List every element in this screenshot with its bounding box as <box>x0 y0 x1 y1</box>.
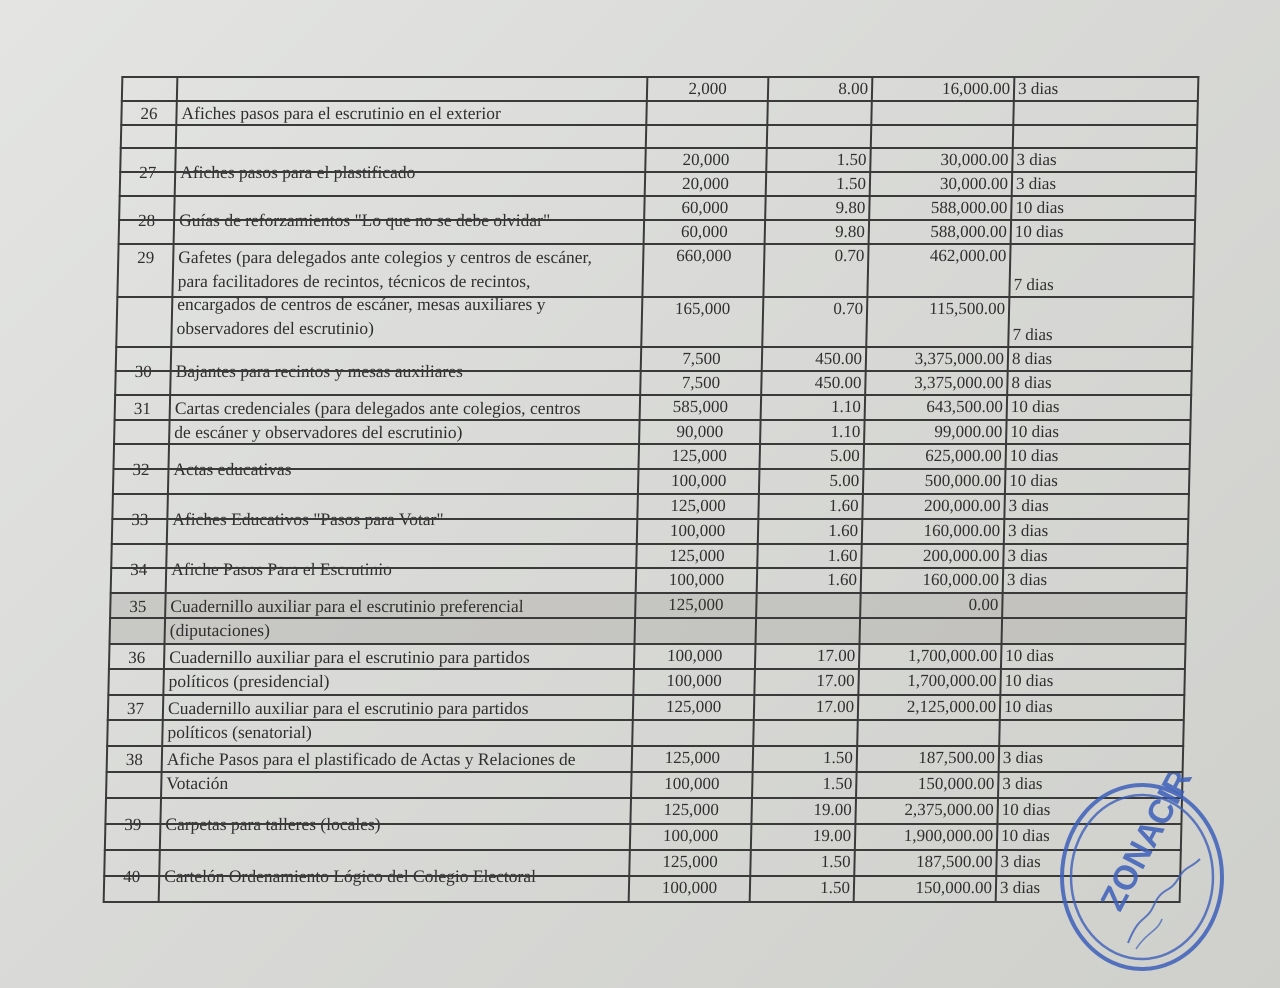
table-row: 7,500450.003,375,000.008 dias <box>114 370 1193 394</box>
total-cell: 2,125,000.00 <box>857 696 1000 719</box>
quantity-cell: 2,000 <box>646 78 767 100</box>
table-bottom-border <box>103 901 1181 903</box>
delivery-days-cell: 10 dias <box>1010 221 1196 243</box>
total-cell: 0.00 <box>859 594 1002 617</box>
table-row: 100,0001.50150,000.003 dias <box>105 771 1184 797</box>
total-cell: 115,500.00 <box>865 298 1008 346</box>
table-row: 125,0001.60200,000.003 dias <box>111 493 1190 518</box>
total-cell <box>859 619 1002 643</box>
delivery-days-cell: 3 dias <box>1011 173 1197 195</box>
total-cell: 588,000.00 <box>868 197 1010 219</box>
unit-price-cell: 1.50 <box>749 877 854 901</box>
quantity-cell: 100,000 <box>633 645 755 668</box>
quantity-cell: 100,000 <box>636 520 758 543</box>
table-row <box>120 124 1199 147</box>
delivery-days-cell: 10 dias <box>1005 421 1191 443</box>
table-row: 20,0001.5030,000.003 dias <box>119 171 1198 195</box>
table-row: 100,0001.60160,000.003 dias <box>111 518 1190 543</box>
delivery-days-cell: 10 dias <box>996 799 1183 823</box>
delivery-days-cell: 3 dias <box>995 877 1182 901</box>
total-cell: 150,000.00 <box>853 877 996 901</box>
quantity-cell: 60,000 <box>643 197 764 219</box>
table-row: 100,0005.00500,000.0010 dias <box>112 468 1191 493</box>
unit-price-cell: 17.00 <box>753 696 858 719</box>
total-cell: 187,500.00 <box>856 747 999 771</box>
unit-price-cell: 450.00 <box>761 348 865 370</box>
delivery-days-cell: 3 dias <box>998 747 1185 771</box>
total-cell: 462,000.00 <box>866 245 1009 296</box>
total-cell: 187,500.00 <box>853 851 996 875</box>
unit-price-cell <box>755 594 860 617</box>
table-row: 90,0001.1099,000.0010 dias <box>113 419 1192 443</box>
unit-price-cell: 17.00 <box>754 645 859 668</box>
unit-price-cell: 0.70 <box>761 298 866 346</box>
unit-price-cell: 1.50 <box>752 747 857 771</box>
delivery-days-cell: 10 dias <box>999 696 1186 719</box>
delivery-days-cell: 8 dias <box>1006 372 1192 394</box>
quantity-cell: 125,000 <box>632 696 754 719</box>
unit-price-cell: 1.60 <box>756 569 861 592</box>
table-row: 100,00019.001,900,000.0010 dias <box>104 823 1183 849</box>
quantity-cell: 7,500 <box>639 372 760 394</box>
table-row: 165,0000.70115,500.007 dias <box>115 296 1194 346</box>
quantity-cell: 125,000 <box>636 495 758 518</box>
total-cell: 3,375,000.00 <box>864 372 1006 394</box>
unit-price-cell: 1.50 <box>751 773 856 797</box>
unit-price-cell: 1.50 <box>765 149 869 171</box>
table-row: 60,0009.80588,000.0010 dias <box>118 195 1197 219</box>
delivery-days-cell: 8 dias <box>1007 348 1193 370</box>
unit-price-cell: 9.80 <box>764 197 868 219</box>
total-cell: 1,700,000.00 <box>857 670 1000 694</box>
quantity-cell <box>645 126 766 147</box>
total-cell: 3,375,000.00 <box>865 348 1007 370</box>
total-cell: 30,000.00 <box>869 173 1011 195</box>
unit-price-cell: 19.00 <box>750 799 855 823</box>
quantity-cell: 125,000 <box>628 851 750 875</box>
total-cell: 500,000.00 <box>862 470 1005 493</box>
table-row: 125,0000.00 <box>109 592 1188 617</box>
unit-price-cell: 1.10 <box>759 421 863 443</box>
quantity-cell: 125,000 <box>634 594 756 617</box>
unit-price-cell: 19.00 <box>750 825 855 849</box>
delivery-days-cell: 3 dias <box>1002 545 1188 567</box>
quantity-cell: 100,000 <box>635 569 757 592</box>
quantity-cell: 165,000 <box>640 298 762 346</box>
quantity-cell: 660,000 <box>641 245 763 296</box>
total-cell: 150,000.00 <box>855 773 998 797</box>
delivery-days-cell: 10 dias <box>1004 470 1191 493</box>
total-cell: 200,000.00 <box>861 495 1004 518</box>
total-cell: 588,000.00 <box>868 221 1010 243</box>
unit-price-cell <box>752 721 857 745</box>
table-row: 100,00017.001,700,000.0010 dias <box>107 668 1186 694</box>
delivery-days-cell: 10 dias <box>1004 445 1191 468</box>
unit-price-cell: 9.80 <box>764 221 868 243</box>
table-row: 125,0001.50187,500.003 dias <box>106 745 1185 771</box>
delivery-days-cell: 10 dias <box>996 825 1183 849</box>
unit-price-cell: 1.60 <box>757 495 862 518</box>
table-row: 100,0001.60160,000.003 dias <box>110 567 1189 592</box>
total-cell: 1,900,000.00 <box>854 825 997 849</box>
delivery-days-cell: 7 dias <box>1007 298 1194 346</box>
table-row: 60,0009.80588,000.0010 dias <box>118 219 1197 243</box>
table-row: 125,00019.002,375,000.0010 dias <box>104 797 1183 823</box>
table-row: 585,0001.10643,500.0010 dias <box>114 394 1193 419</box>
table-row: 125,0001.50187,500.003 dias <box>103 849 1182 875</box>
total-cell: 1,700,000.00 <box>858 645 1001 668</box>
delivery-days-cell: 3 dias <box>1003 495 1190 518</box>
table-row: 2,0008.0016,000.003 dias <box>121 76 1200 100</box>
unit-price-cell: 5.00 <box>758 445 863 468</box>
quantity-cell: 100,000 <box>628 877 750 901</box>
delivery-days-cell: 7 dias <box>1008 245 1195 296</box>
quantity-cell: 585,000 <box>639 396 761 419</box>
unit-price-cell: 1.10 <box>760 396 865 419</box>
quantity-cell: 60,000 <box>643 221 764 243</box>
quantity-cell: 100,000 <box>637 470 759 493</box>
quantity-cell: 125,000 <box>635 545 756 567</box>
total-cell: 16,000.00 <box>871 78 1013 100</box>
unit-price-cell: 450.00 <box>760 372 864 394</box>
delivery-days-cell: 3 dias <box>995 851 1182 875</box>
delivery-days-cell <box>1001 594 1188 617</box>
unit-price-cell: 17.00 <box>753 670 858 694</box>
table-row <box>106 719 1185 745</box>
delivery-days-cell <box>1012 126 1198 147</box>
delivery-days-cell: 3 dias <box>1013 78 1199 100</box>
table-row <box>109 617 1188 643</box>
total-cell: 30,000.00 <box>869 149 1011 171</box>
unit-price-cell: 1.60 <box>756 545 860 567</box>
table-row: 20,0001.5030,000.003 dias <box>119 147 1198 171</box>
delivery-days-cell <box>1012 102 1198 124</box>
quantity-cell: 20,000 <box>644 149 765 171</box>
quantity-cell <box>645 102 766 124</box>
quantity-cell: 125,000 <box>631 747 753 771</box>
table-row: 100,00017.001,700,000.0010 dias <box>108 643 1187 668</box>
unit-price-cell: 1.60 <box>757 520 862 543</box>
table-row: 125,0005.00625,000.0010 dias <box>112 443 1191 468</box>
table-row: 125,00017.002,125,000.0010 dias <box>107 694 1186 719</box>
total-cell: 200,000.00 <box>860 545 1002 567</box>
table-row: 125,0001.60200,000.003 dias <box>110 543 1189 567</box>
quantity-cell: 125,000 <box>629 799 751 823</box>
unit-price-cell: 8.00 <box>767 78 871 100</box>
total-cell: 99,000.00 <box>863 421 1005 443</box>
quantity-cell: 100,000 <box>629 825 751 849</box>
delivery-days-cell: 3 dias <box>1003 520 1190 543</box>
table-row: 7,500450.003,375,000.008 dias <box>115 346 1194 370</box>
delivery-days-cell: 3 dias <box>1002 569 1189 592</box>
total-cell: 160,000.00 <box>860 569 1003 592</box>
quantity-cell: 100,000 <box>632 670 754 694</box>
quantity-cell <box>631 721 753 745</box>
unit-price-cell: 1.50 <box>749 851 854 875</box>
total-cell <box>870 102 1012 124</box>
quantity-cell: 7,500 <box>640 348 761 370</box>
delivery-days-cell: 3 dias <box>997 773 1184 797</box>
quantity-cell <box>634 619 756 643</box>
quantity-cell: 125,000 <box>637 445 759 468</box>
total-cell: 2,375,000.00 <box>854 799 997 823</box>
unit-price-cell <box>766 102 870 124</box>
unit-price-cell: 1.50 <box>765 173 869 195</box>
quantity-cell: 100,000 <box>630 773 752 797</box>
quantity-cell: 20,000 <box>644 173 765 195</box>
table-row <box>120 100 1199 124</box>
delivery-days-cell: 10 dias <box>1000 645 1187 668</box>
total-cell: 643,500.00 <box>864 396 1007 419</box>
unit-price-cell: 5.00 <box>758 470 863 493</box>
delivery-days-cell: 10 dias <box>1010 197 1196 219</box>
unit-price-cell: 0.70 <box>762 245 867 296</box>
delivery-days-cell: 10 dias <box>999 670 1186 694</box>
table-row: 100,0001.50150,000.003 dias <box>103 875 1182 901</box>
table-row: 660,0000.70462,000.007 dias <box>116 243 1195 296</box>
total-cell: 160,000.00 <box>861 520 1004 543</box>
total-cell: 625,000.00 <box>862 445 1005 468</box>
delivery-days-cell: 10 dias <box>1006 396 1193 419</box>
total-cell <box>870 126 1012 147</box>
delivery-days-cell: 3 dias <box>1011 149 1197 171</box>
delivery-days-cell <box>998 721 1185 745</box>
total-cell <box>856 721 999 745</box>
delivery-days-cell <box>1001 619 1188 643</box>
unit-price-cell <box>755 619 860 643</box>
unit-price-cell <box>766 126 870 147</box>
scanned-document: 26Afiches pasos para el escrutinio en el… <box>0 0 1280 988</box>
quantity-cell: 90,000 <box>638 421 759 443</box>
